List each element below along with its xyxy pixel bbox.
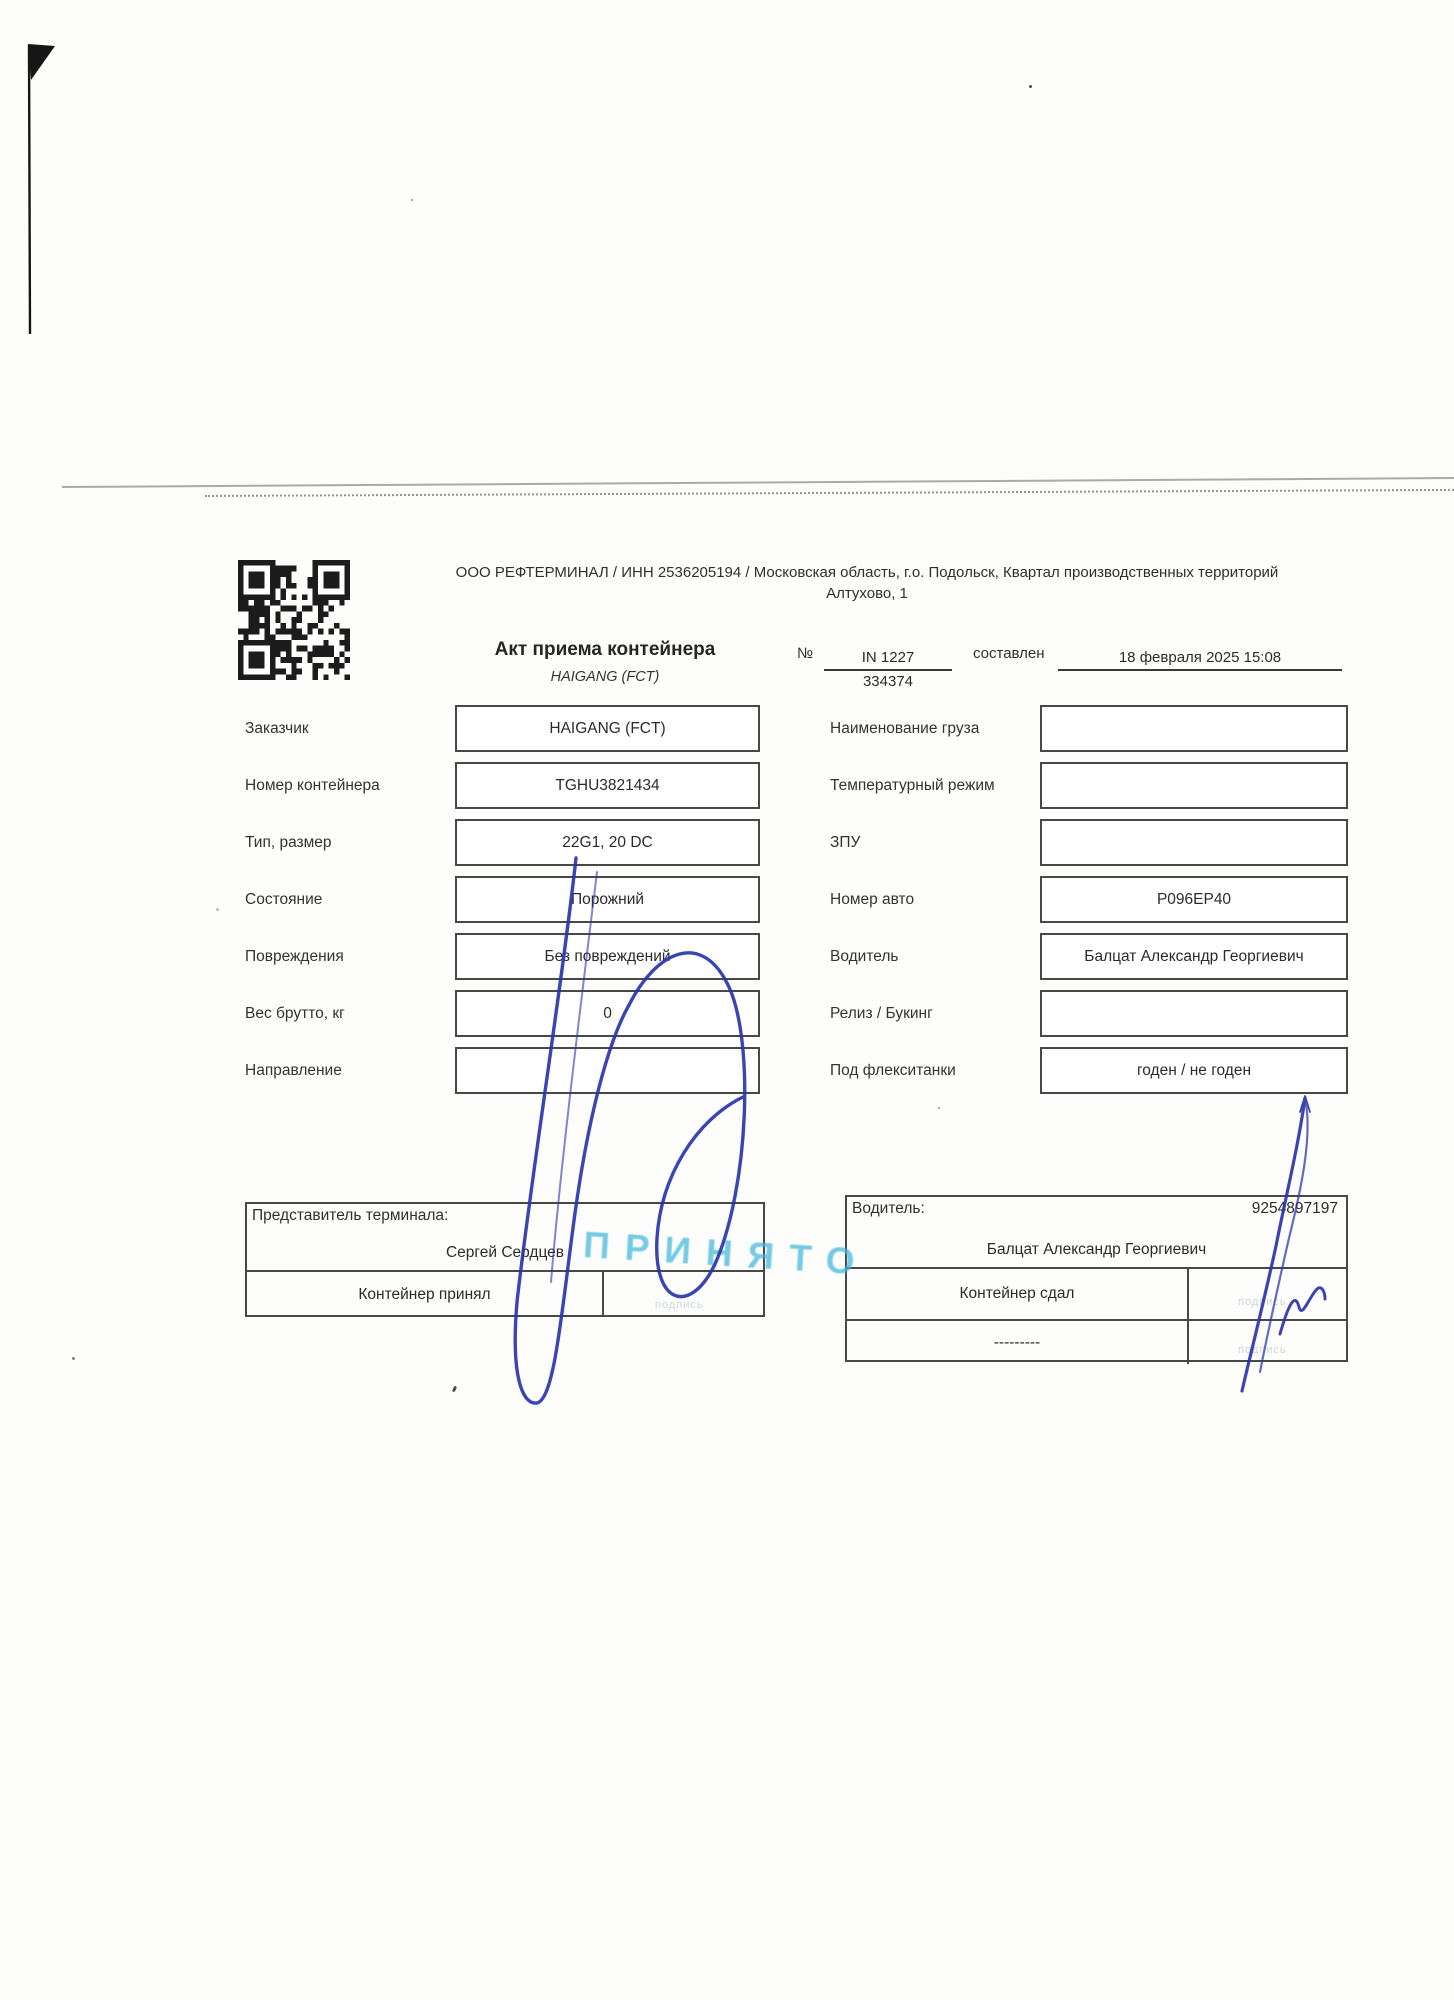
- scan-speck: [411, 199, 413, 201]
- driver-block-dashes-row: ---------: [847, 1319, 1346, 1364]
- field-value: годен / не годен: [1137, 1062, 1251, 1080]
- field-label: Наименование груза: [830, 720, 1040, 738]
- field-value-box: 22G1, 20 DC: [455, 819, 760, 866]
- form-row-seal: ЗПУ: [830, 819, 1348, 866]
- driver-dashes: ---------: [994, 1334, 1040, 1352]
- company-header-line2: Алтухово, 1: [362, 583, 1372, 604]
- field-value: Порожний: [571, 891, 644, 909]
- field-label: Тип, размер: [245, 834, 455, 852]
- form-right-column: Наименование груза Температурный режим З…: [830, 705, 1348, 1094]
- field-label: Температурный режим: [830, 777, 1040, 795]
- field-value-box: [455, 1047, 760, 1094]
- driver-block-action-row: Контейнер сдал: [847, 1269, 1346, 1319]
- company-header-line1: ООО РЕФТЕРМИНАЛ / ИНН 2536205194 / Моско…: [362, 562, 1372, 583]
- field-value: 0: [603, 1005, 612, 1023]
- driver-signature-stroke: [1300, 1096, 1310, 1112]
- form-row-flexitank: Под флекситанки годен / не годен: [830, 1047, 1348, 1094]
- driver-phone: 9254897197: [1252, 1200, 1338, 1218]
- form-row-gross-weight: Вес брутто, кг 0: [245, 990, 760, 1037]
- field-label: Состояние: [245, 891, 455, 909]
- field-value-box: Балцат Александр Георгиевич: [1040, 933, 1348, 980]
- form-row-type-size: Тип, размер 22G1, 20 DC: [245, 819, 760, 866]
- driver-dashes-cell: ---------: [847, 1321, 1187, 1364]
- terminal-signature-hint: подпись: [655, 1299, 704, 1311]
- number-sign-label: №: [797, 645, 813, 662]
- field-value: Без повреждений: [544, 948, 670, 966]
- driver-signature-block: Водитель: 9254897197 Балцат Александр Ге…: [845, 1195, 1348, 1362]
- field-value-box: [1040, 990, 1348, 1037]
- field-value-box: годен / не годен: [1040, 1047, 1348, 1094]
- composed-date-field: 18 февраля 2025 15:08: [1058, 636, 1342, 671]
- field-value-box: Порожний: [455, 876, 760, 923]
- form-row-driver: Водитель Балцат Александр Георгиевич: [830, 933, 1348, 980]
- field-label: Повреждения: [245, 948, 455, 966]
- driver-block-header: Водитель: 9254897197 Балцат Александр Ге…: [847, 1197, 1346, 1269]
- company-header: ООО РЕФТЕРМИНАЛ / ИНН 2536205194 / Моско…: [362, 562, 1372, 604]
- field-label: ЗПУ: [830, 834, 1040, 852]
- document-subtitle: HAIGANG (FCT): [450, 669, 760, 685]
- scan-speck: [216, 908, 219, 911]
- field-label: Направление: [245, 1062, 455, 1080]
- field-label: Номер авто: [830, 891, 1040, 909]
- field-value: Р096ЕР40: [1157, 891, 1231, 909]
- scan-speck: [1029, 85, 1032, 88]
- field-value: 22G1, 20 DC: [562, 834, 652, 852]
- field-label: Релиз / Букинг: [830, 1005, 1040, 1023]
- scan-corner-artifact: [0, 0, 70, 340]
- form-row-truck-number: Номер авто Р096ЕР40: [830, 876, 1348, 923]
- field-value-box: TGHU3821434: [455, 762, 760, 809]
- form-row-container-number: Номер контейнера TGHU3821434: [245, 762, 760, 809]
- field-value-box: [1040, 762, 1348, 809]
- field-label: Вес брутто, кг: [245, 1005, 455, 1023]
- form-row-temperature-mode: Температурный режим: [830, 762, 1348, 809]
- scan-speck: [938, 1107, 940, 1109]
- terminal-block-title: Представитель терминала:: [252, 1207, 448, 1225]
- driver-signature-cell: [1187, 1269, 1346, 1319]
- scan-dotted-line-artifact: [205, 489, 1454, 497]
- document-number-value: IN 1227: [824, 636, 952, 671]
- field-value: HAIGANG (FCT): [549, 720, 665, 738]
- document-title: Акт приема контейнера: [450, 639, 760, 661]
- scan-line-artifact: [62, 477, 1454, 488]
- form-row-release-booking: Релиз / Букинг: [830, 990, 1348, 1037]
- driver-signature-cell2: [1187, 1321, 1346, 1364]
- field-value-box: HAIGANG (FCT): [455, 705, 760, 752]
- field-value-box: 0: [455, 990, 760, 1037]
- document-number-field: IN 1227: [824, 636, 952, 671]
- scan-speck: [72, 1357, 75, 1360]
- document-number-sub: 334374: [824, 673, 952, 690]
- field-value-box: Р096ЕР40: [1040, 876, 1348, 923]
- driver-action-cell: Контейнер сдал: [847, 1269, 1187, 1319]
- driver-signature-hint2: подпись: [1238, 1344, 1287, 1356]
- field-value-box: [1040, 819, 1348, 866]
- driver-signature-hint: подпись: [1238, 1296, 1287, 1308]
- form-row-cargo-name: Наименование груза: [830, 705, 1348, 752]
- driver-block-title: Водитель:: [852, 1200, 925, 1218]
- driver-action-label: Контейнер сдал: [960, 1285, 1075, 1303]
- field-value: TGHU3821434: [555, 777, 659, 795]
- field-label: Водитель: [830, 948, 1040, 966]
- qr-code: [238, 560, 350, 680]
- terminal-action-label: Контейнер принял: [358, 1286, 490, 1304]
- form-row-direction: Направление: [245, 1047, 760, 1094]
- scan-speck: [452, 1386, 457, 1393]
- field-value-box: [1040, 705, 1348, 752]
- form-left-column: Заказчик HAIGANG (FCT) Номер контейнера …: [245, 705, 760, 1094]
- field-label: Номер контейнера: [245, 777, 455, 795]
- scanned-document-page: ООО РЕФТЕРМИНАЛ / ИНН 2536205194 / Моско…: [0, 0, 1454, 2000]
- composed-label: составлен: [973, 645, 1045, 662]
- terminal-action-cell: Контейнер принял: [247, 1272, 602, 1317]
- form-row-customer: Заказчик HAIGANG (FCT): [245, 705, 760, 752]
- form-row-damages: Повреждения Без повреждений: [245, 933, 760, 980]
- field-value: Балцат Александр Георгиевич: [1084, 948, 1303, 966]
- field-label: Под флекситанки: [830, 1062, 1040, 1080]
- composed-date-value: 18 февраля 2025 15:08: [1058, 636, 1342, 671]
- form-row-condition: Состояние Порожний: [245, 876, 760, 923]
- field-value-box: Без повреждений: [455, 933, 760, 980]
- driver-name: Балцат Александр Георгиевич: [847, 1241, 1346, 1259]
- field-label: Заказчик: [245, 720, 455, 738]
